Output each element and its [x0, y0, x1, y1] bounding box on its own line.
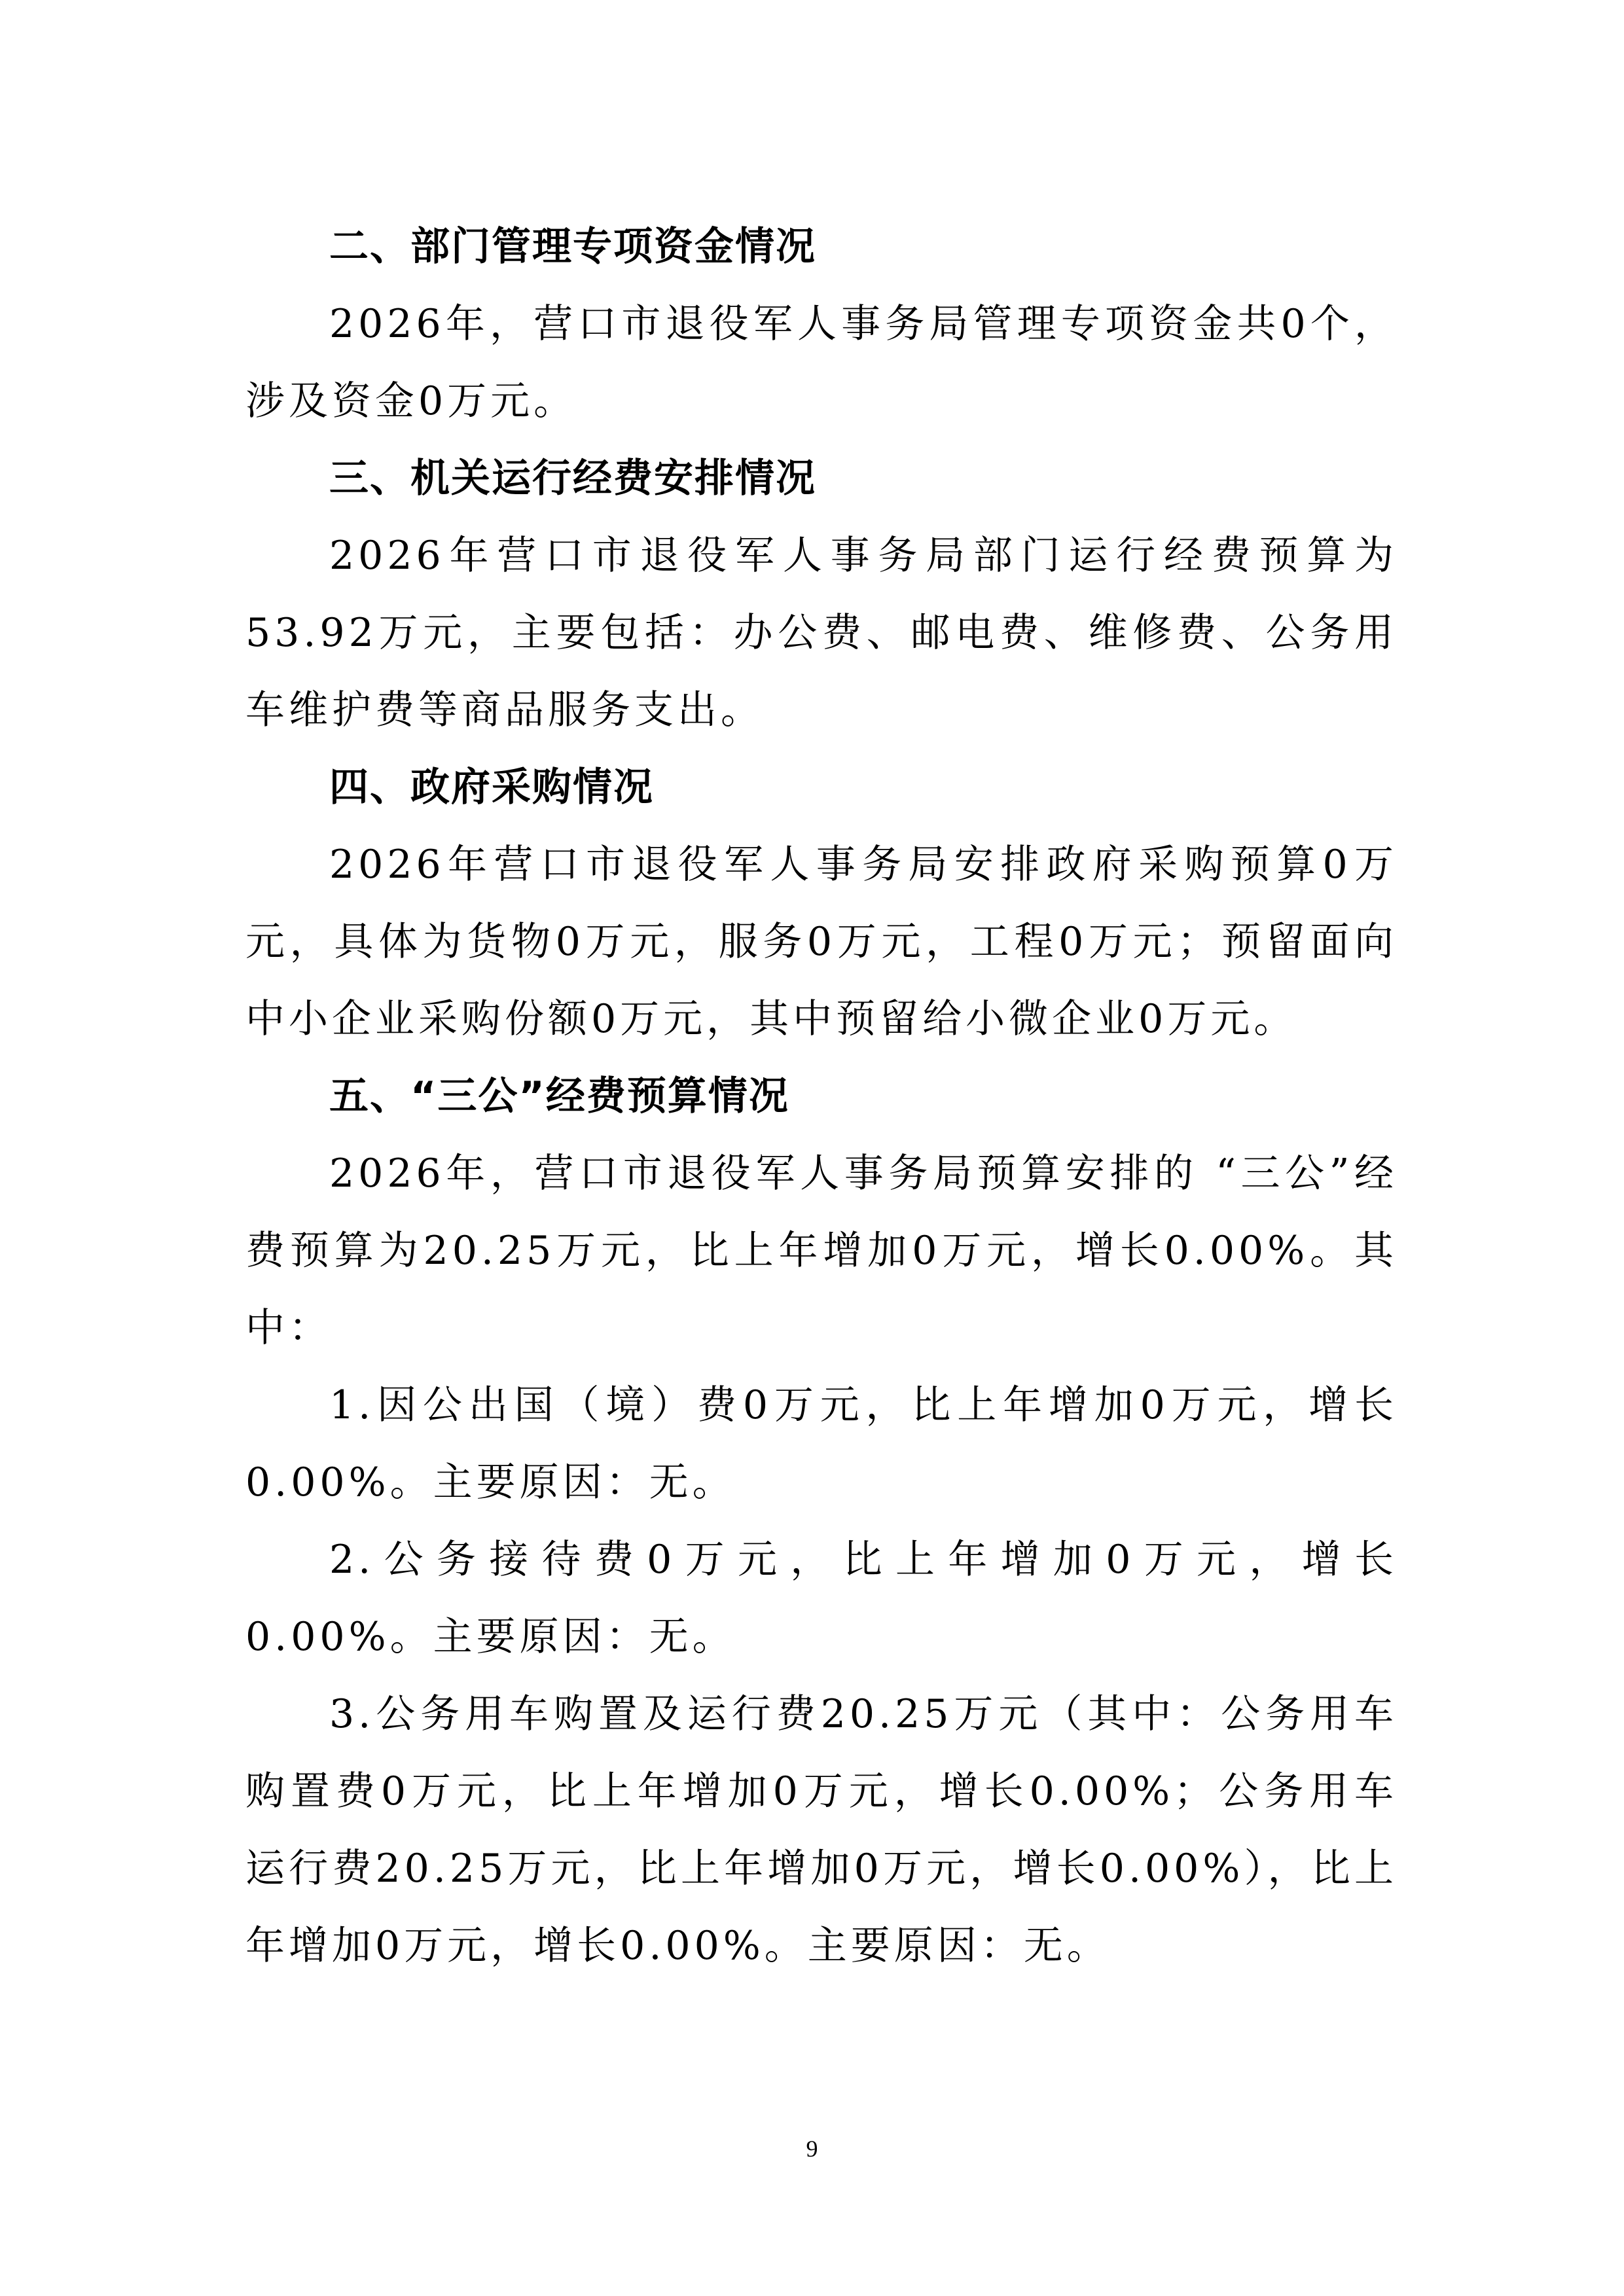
section-operating-expenses: 三、机关运行经费安排情况 2026年营口市退役军人事务局部门运行经费预算为53.…	[245, 440, 1398, 749]
section-special-funds: 二、部门管理专项资金情况 2026年，营口市退役军人事务局管理专项资金共0个，涉…	[245, 208, 1398, 440]
section-government-procurement: 四、政府采购情况 2026年营口市退役军人事务局安排政府采购预算0万元，具体为货…	[245, 749, 1398, 1058]
page-number: 9	[0, 2135, 1624, 2162]
paragraph: 2026年营口市退役军人事务局部门运行经费预算为53.92万元，主要包括：办公费…	[245, 517, 1398, 749]
section-heading: 五、“三公”经费预算情况	[245, 1058, 1398, 1135]
paragraph: 2026年营口市退役军人事务局安排政府采购预算0万元，具体为货物0万元，服务0万…	[245, 826, 1398, 1058]
section-heading: 四、政府采购情况	[245, 749, 1398, 826]
paragraph-item-reception: 2.公务接待费0万元，比上年增加0万元，增长0.00%。主要原因：无。	[245, 1521, 1398, 1676]
paragraph-item-overseas: 1.因公出国（境）费0万元，比上年增加0万元，增长0.00%。主要原因：无。	[245, 1367, 1398, 1521]
document-body: 二、部门管理专项资金情况 2026年，营口市退役军人事务局管理专项资金共0个，涉…	[245, 208, 1398, 1984]
section-heading: 三、机关运行经费安排情况	[245, 440, 1398, 517]
section-three-public-expenses: 五、“三公”经费预算情况 2026年，营口市退役军人事务局预算安排的 “三公”经…	[245, 1058, 1398, 1984]
paragraph: 2026年，营口市退役军人事务局管理专项资金共0个，涉及资金0万元。	[245, 285, 1398, 440]
section-heading: 二、部门管理专项资金情况	[245, 208, 1398, 285]
document-page: 二、部门管理专项资金情况 2026年，营口市退役军人事务局管理专项资金共0个，涉…	[0, 0, 1624, 2296]
paragraph-item-vehicles: 3.公务用车购置及运行费20.25万元（其中：公务用车购置费0万元，比上年增加0…	[245, 1676, 1398, 1984]
paragraph: 2026年，营口市退役军人事务局预算安排的 “三公”经费预算为20.25万元，比…	[245, 1135, 1398, 1367]
